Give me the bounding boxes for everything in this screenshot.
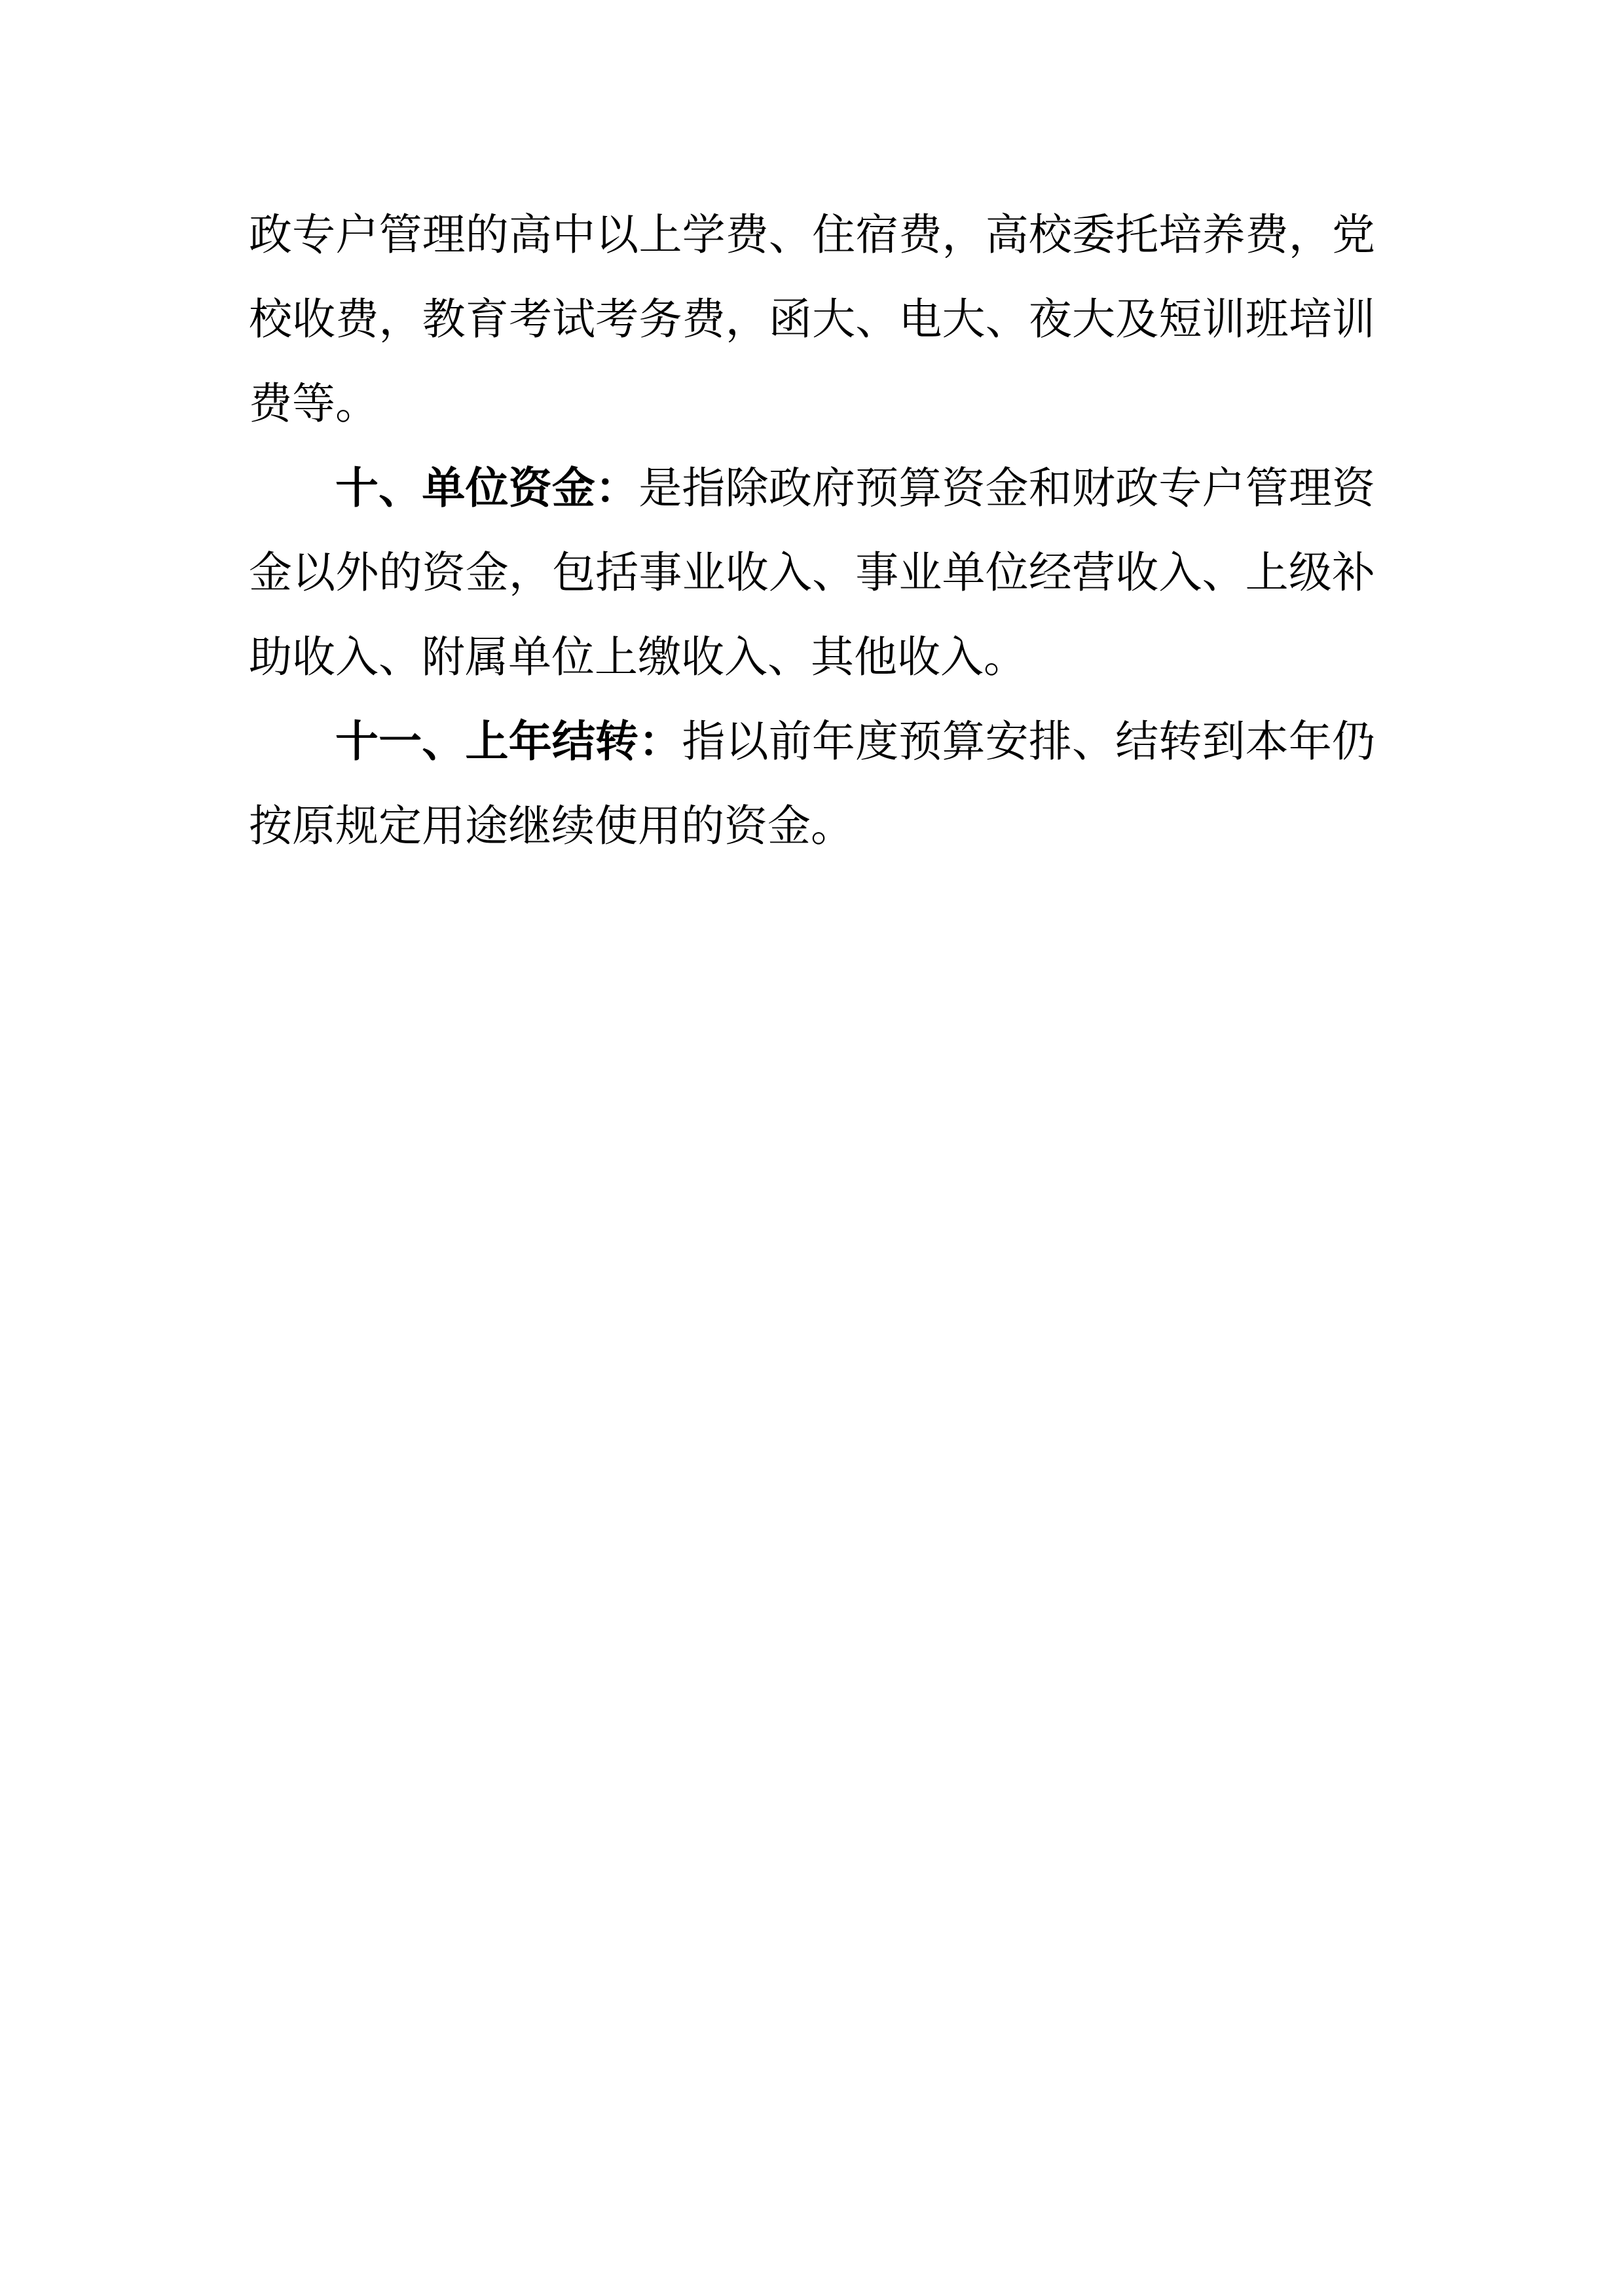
- paragraph-text: 政专户管理的高中以上学费、住宿费，高校委托培养费，党校收费，教育考试考务费，函大…: [249, 210, 1375, 429]
- paragraph-label: 十一、上年结转：: [335, 716, 682, 767]
- paragraph-item-11-carryover: 十一、上年结转：指以前年度预算安排、结转到本年仍按原规定用途继续使用的资金。: [249, 699, 1375, 868]
- paragraph-label: 十、单位资金：: [335, 462, 638, 513]
- paragraph-item-10-unit-funds: 十、单位资金：是指除政府预算资金和财政专户管理资金以外的资金，包括事业收入、事业…: [249, 446, 1375, 699]
- document-page: 政专户管理的高中以上学费、住宿费，高校委托培养费，党校收费，教育考试考务费，函大…: [0, 0, 1624, 2296]
- paragraph-continuation: 政专户管理的高中以上学费、住宿费，高校委托培养费，党校收费，教育考试考务费，函大…: [249, 192, 1375, 446]
- text-block: 政专户管理的高中以上学费、住宿费，高校委托培养费，党校收费，教育考试考务费，函大…: [249, 192, 1375, 868]
